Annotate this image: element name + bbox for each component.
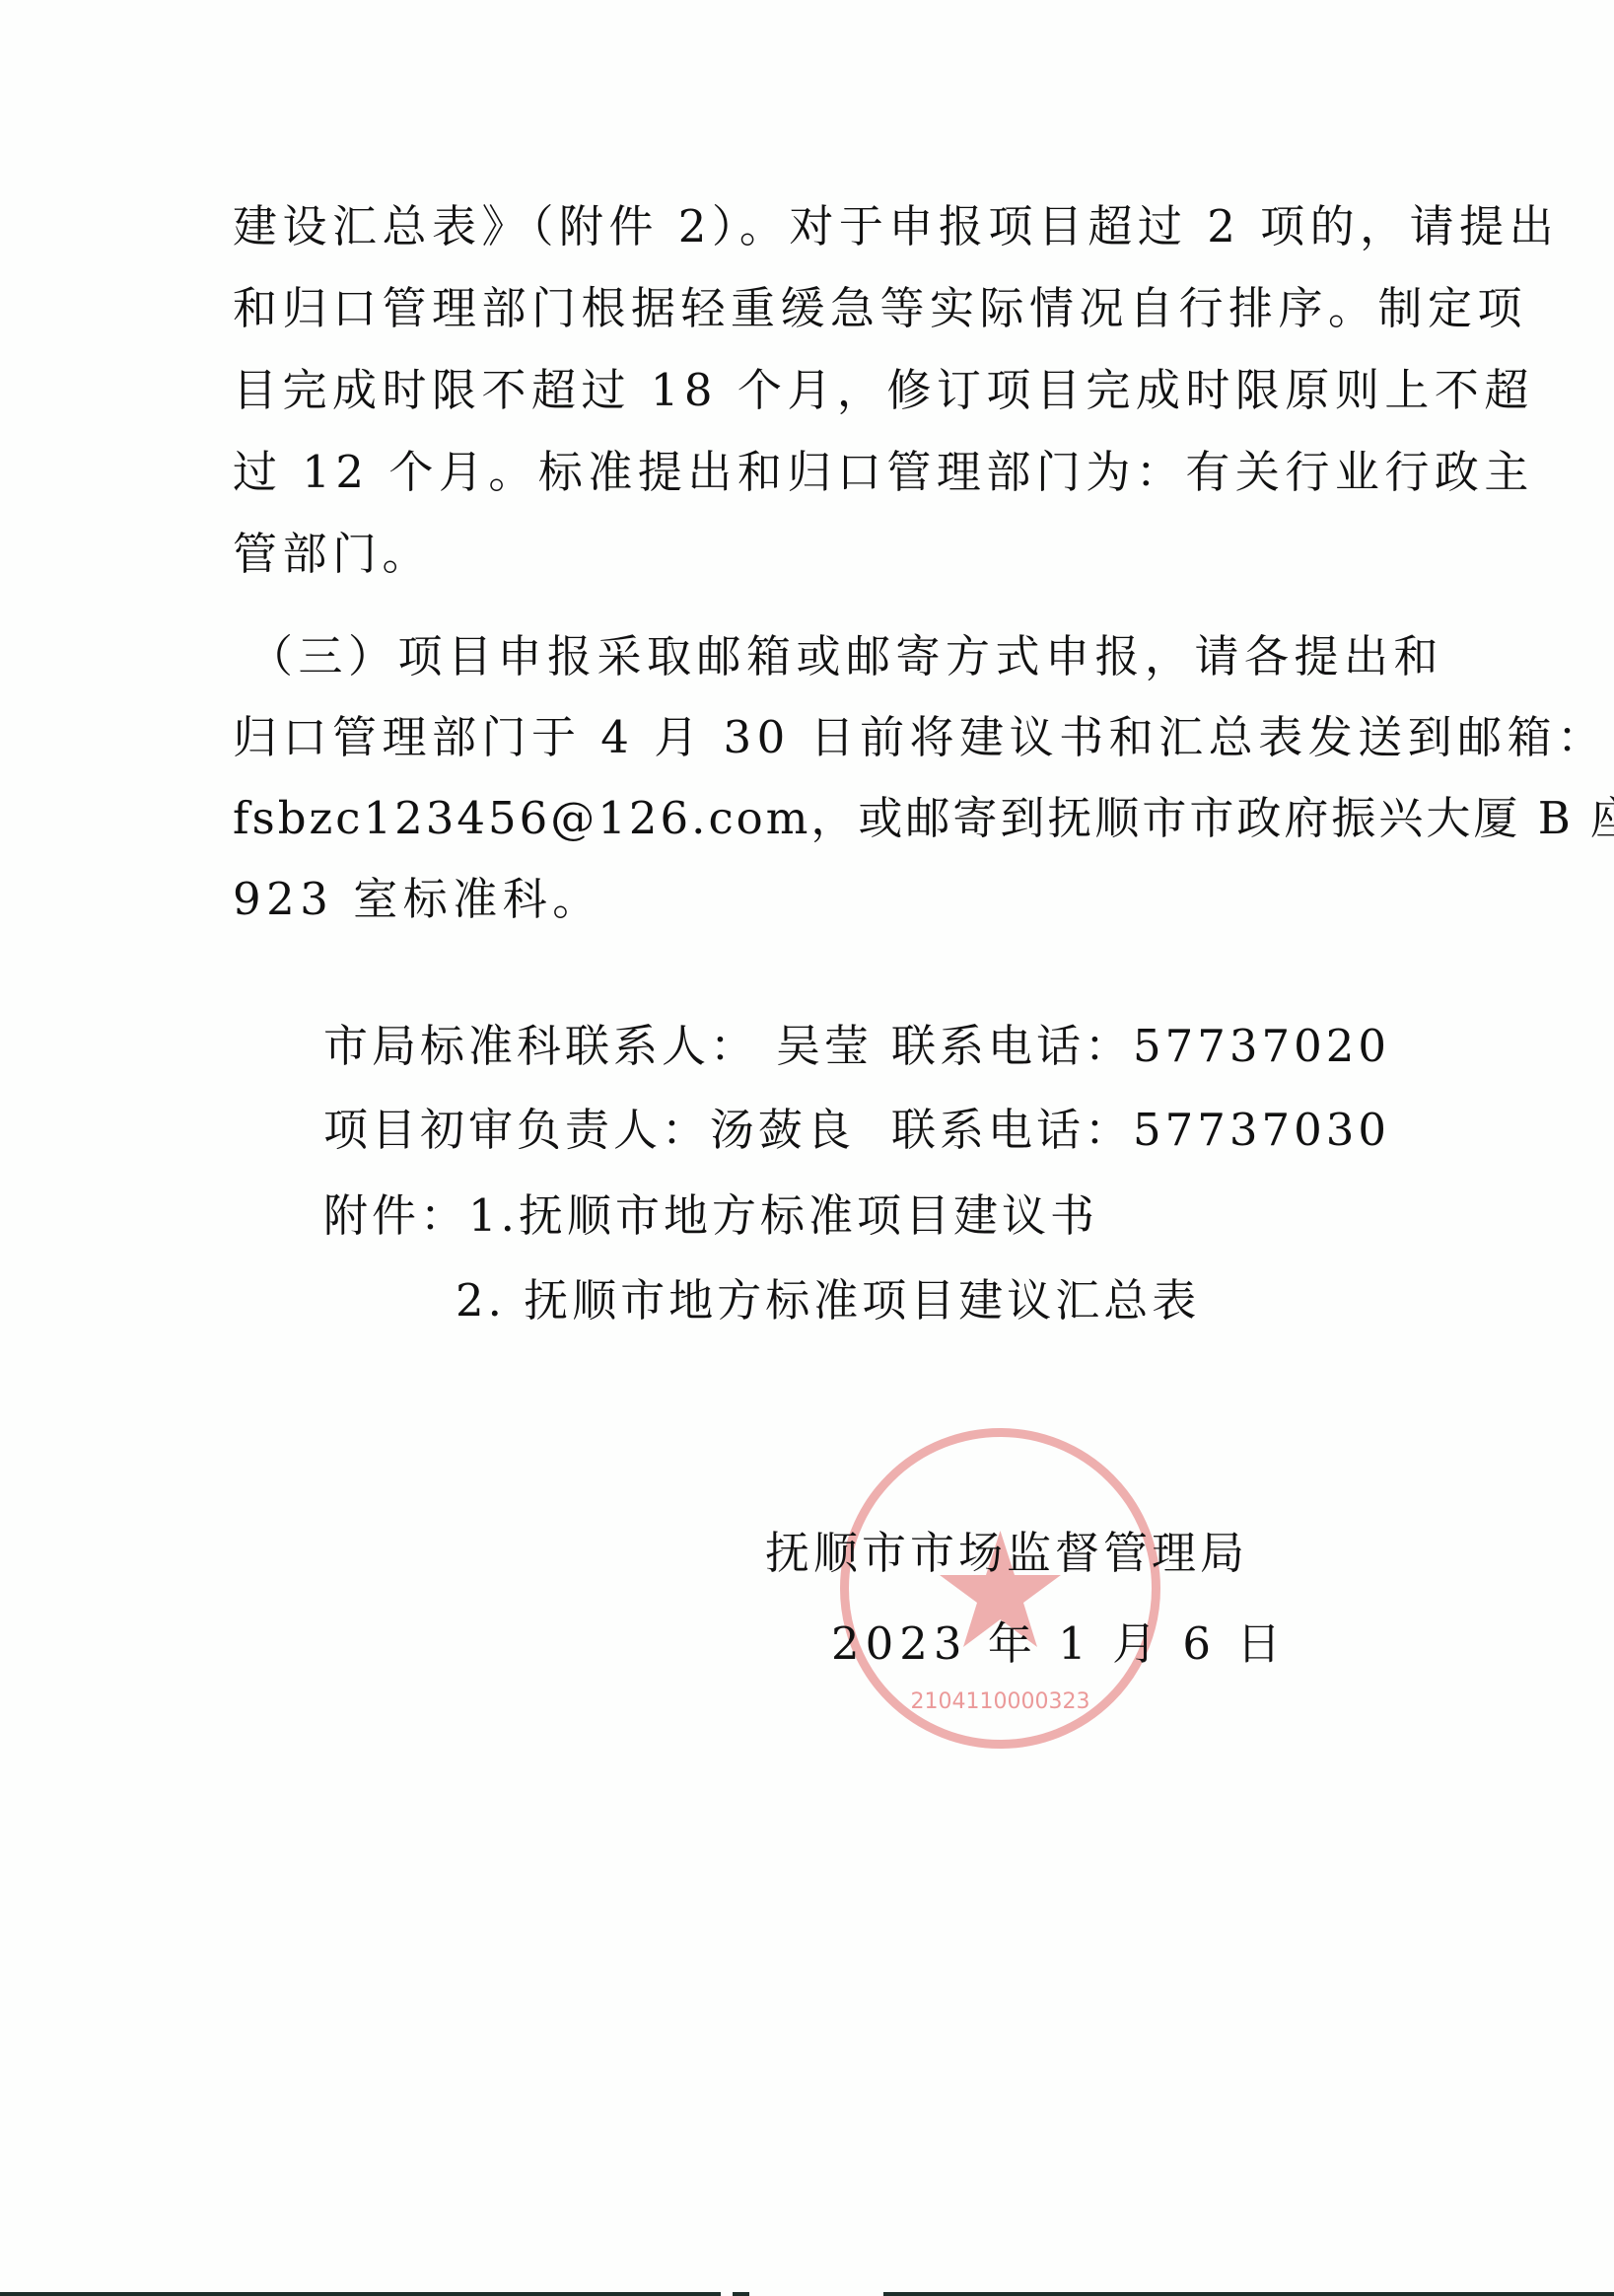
scan-edge xyxy=(733,2292,749,2296)
attachment-item: 2. 抚顺市地方标准项目建议汇总表 xyxy=(456,1274,1200,1327)
issuing-organization: 抚顺市市场监督管理局 xyxy=(765,1524,1248,1583)
text-line: 管部门。 xyxy=(233,525,432,584)
attachments-label: 附件： xyxy=(323,1189,468,1242)
text-line: 归口管理部门于 4 月 30 日前将建议书和汇总表发送到邮箱： xyxy=(233,708,1607,767)
contact-label: 项目初审负责人： xyxy=(323,1104,710,1156)
text-line: （三）项目申报采取邮箱或邮寄方式申报，请各提出和 xyxy=(248,627,1443,686)
issue-date: 2023 年 1 月 6 日 xyxy=(831,1614,1287,1674)
attachment-line-2: 2. 抚顺市地方标准项目建议汇总表 xyxy=(456,1271,1200,1330)
text-line: 和归口管理部门根据轻重缓急等实际情况自行排序。制定项 xyxy=(233,279,1527,338)
contact-phone: 联系电话：57737020 xyxy=(891,1017,1390,1076)
contact-name: 吴莹 xyxy=(776,1020,873,1072)
contact-name: 汤蔹良 xyxy=(710,1104,855,1156)
text-line: 923 室标准科。 xyxy=(233,870,602,929)
scan-edge xyxy=(883,2292,1614,2296)
seal-code: 2104110000323 xyxy=(911,1689,1090,1714)
attachment-item: 1.抚顺市地方标准项目建议书 xyxy=(468,1189,1098,1242)
official-seal: 2104110000323 xyxy=(840,1428,1160,1749)
text-line: 目完成时限不超过 18 个月，修订项目完成时限原则上不超 xyxy=(233,361,1534,420)
text-line: 建设汇总表》（附件 2）。对于申报项目超过 2 项的，请提出 xyxy=(233,197,1559,256)
attachment-line-1: 附件：1.抚顺市地方标准项目建议书 xyxy=(323,1186,1098,1246)
text-line: 过 12 个月。标准提出和归口管理部门为：有关行业行政主 xyxy=(233,443,1534,502)
scan-edge xyxy=(0,2292,721,2296)
contact-phone: 联系电话：57737030 xyxy=(891,1101,1390,1160)
contact-project-reviewer: 项目初审负责人：汤蔹良 联系电话：57737030 xyxy=(323,1101,855,1160)
contact-standard-section: 市局标准科联系人：吴莹 联系电话：57737020 xyxy=(323,1017,873,1076)
seal-star-icon: 2104110000323 xyxy=(849,1437,1152,1740)
email-address-line: fsbzc123456@126.com，或邮寄到抚顺市市政府振兴大厦 B 座 xyxy=(233,789,1614,848)
contact-label: 市局标准科联系人： xyxy=(323,1020,758,1072)
